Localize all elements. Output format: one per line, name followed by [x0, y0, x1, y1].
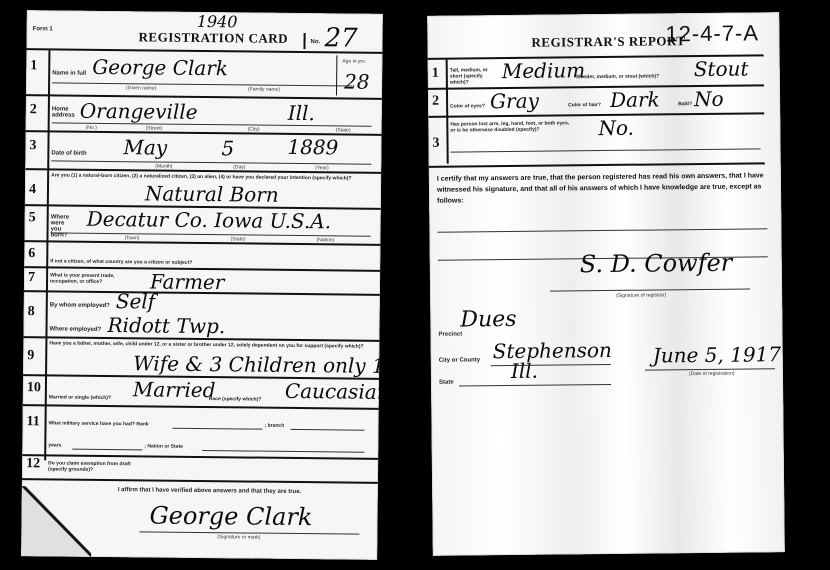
employer-field: Self: [116, 289, 156, 313]
birth-day-field: 5: [221, 136, 234, 160]
registrar-signature: S. D. Cowfer: [580, 249, 733, 279]
dependents-field: Wife & 3 Children only 12: [133, 351, 383, 378]
affirmation-text: I affirm that I have verified above answ…: [118, 487, 301, 495]
disability-field: No.: [598, 116, 634, 140]
form-label: Form 1: [33, 26, 53, 32]
registration-date: June 5, 1917: [653, 342, 782, 367]
certification-text: I certify that my answers are true, that…: [437, 170, 767, 206]
pencil-year: 1940: [197, 12, 238, 31]
birth-year-field: 1889: [287, 135, 338, 160]
hair-color-field: Dark: [610, 87, 660, 112]
age-field: 28: [344, 69, 370, 93]
registrant-signature: George Clark: [149, 501, 312, 531]
marital-status-field: Married: [133, 377, 216, 402]
occupation-field: Farmer: [150, 269, 225, 294]
report-title: REGISTRAR'S REPORT: [531, 33, 685, 51]
bald-field: No: [694, 87, 724, 111]
height-field: Medium: [502, 58, 586, 83]
serial-no-label: No.: [311, 39, 321, 45]
build-field: Stout: [694, 56, 749, 81]
registration-card-back: REGISTRAR'S REPORT 12-4-7-A 1 Tall, medi…: [427, 12, 785, 556]
birth-month-field: May: [123, 135, 167, 159]
home-city-field: Orangeville: [80, 99, 198, 124]
name-field: George Clark: [92, 55, 228, 80]
stamp-number: 12-4-7-A: [665, 20, 759, 47]
state-field: Ill.: [511, 359, 538, 383]
card-title: REGISTRATION CARD: [139, 29, 289, 47]
eye-color-field: Gray: [490, 89, 539, 114]
race-field: Caucasian: [285, 379, 383, 404]
serial-number: 27: [324, 23, 357, 53]
registration-card-front: Form 1 1940 REGISTRATION CARD No. 27 1 N…: [21, 10, 383, 560]
home-state-field: Ill.: [288, 101, 315, 125]
place-employed-field: Ridott Twp.: [107, 313, 225, 338]
birthplace-field: Decatur Co. Iowa U.S.A.: [87, 207, 332, 234]
precinct-field: Dues: [460, 307, 516, 333]
corner-clip: [21, 486, 92, 557]
citizenship-field: Natural Born: [145, 181, 279, 206]
